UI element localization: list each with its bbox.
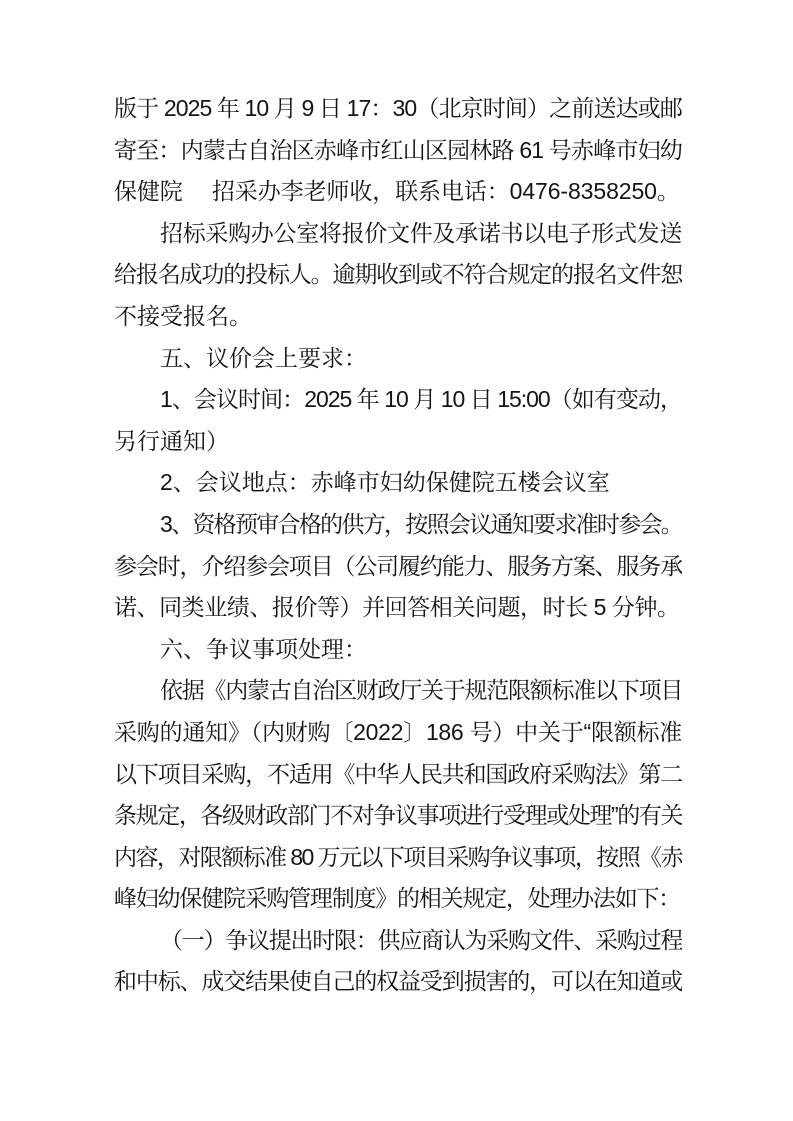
text-line: 五、议价会上要求：	[114, 338, 682, 380]
text-line: 2、会议地点：赤峰市妇幼保健院五楼会议室	[114, 462, 682, 504]
text-line: 寄至：内蒙古自治区赤峰市红山区园林路 61 号赤峰市妇幼	[114, 130, 682, 172]
paragraph-quote-file-sending-rule: 招标采购办公室将报价文件及承诺书以电子形式发送给报名成功的投标人。逾期收到或不符…	[114, 213, 682, 338]
paragraph-meeting-time: 1、会议时间：2025 年 10 月 10 日 15:00（如有变动，另行通知）	[114, 379, 682, 462]
text-line: 采购的通知》（内财购〔2022〕186 号）中关于“限额标准	[114, 712, 682, 754]
document-page: 版于 2025 年 10 月 9 日 17：30（北京时间）之前送达或邮寄至：内…	[0, 0, 793, 1121]
paragraph-meeting-attendance-rule: 3、资格预审合格的供方，按照会议通知要求准时参会。参会时，介绍参会项目（公司履约…	[114, 504, 682, 629]
text-line: 招标采购办公室将报价文件及承诺书以电子形式发送	[114, 213, 682, 255]
text-line: 诺、同类业绩、报价等）并回答相关问题，时长 5 分钟。	[114, 587, 682, 629]
text-line: 版于 2025 年 10 月 9 日 17：30（北京时间）之前送达或邮	[114, 88, 682, 130]
text-line: 1、会议时间：2025 年 10 月 10 日 15:00（如有变动，	[114, 379, 682, 421]
paragraph-meeting-place: 2、会议地点：赤峰市妇幼保健院五楼会议室	[114, 462, 682, 504]
text-line: 保健院 招采办李老师收，联系电话：0476-8358250。	[114, 171, 682, 213]
text-line: 峰妇幼保健院采购管理制度》的相关规定，处理办法如下：	[114, 878, 682, 920]
text-line: 六、争议事项处理：	[114, 629, 682, 671]
text-line: 依据《内蒙古自治区财政厅关于规范限额标准以下项目	[114, 670, 682, 712]
text-line: 给报名成功的投标人。逾期收到或不符合规定的报名文件恕	[114, 254, 682, 296]
text-line: 和中标、成交结果使自己的权益受到损害的，可以在知道或	[114, 961, 682, 1003]
document-body: 版于 2025 年 10 月 9 日 17：30（北京时间）之前送达或邮寄至：内…	[114, 88, 682, 1003]
text-line: 内容，对限额标准 80 万元以下项目采购争议事项，按照《赤	[114, 837, 682, 879]
text-line: 不接受报名。	[114, 296, 682, 338]
text-line: 以下项目采购，不适用《中华人民共和国政府采购法》第二	[114, 754, 682, 796]
paragraph-section-5-heading: 五、议价会上要求：	[114, 338, 682, 380]
paragraph-section-6-heading: 六、争议事项处理：	[114, 629, 682, 671]
text-line: （一）争议提出时限：供应商认为采购文件、采购过程	[114, 920, 682, 962]
paragraph-dispute-time-limit: （一）争议提出时限：供应商认为采购文件、采购过程和中标、成交结果使自己的权益受到…	[114, 920, 682, 1003]
text-line: 参会时，介绍参会项目（公司履约能力、服务方案、服务承	[114, 546, 682, 588]
paragraph-delivery-deadline-address: 版于 2025 年 10 月 9 日 17：30（北京时间）之前送达或邮寄至：内…	[114, 88, 682, 213]
text-line: 另行通知）	[114, 421, 682, 463]
paragraph-dispute-basis: 依据《内蒙古自治区财政厅关于规范限额标准以下项目采购的通知》（内财购〔2022〕…	[114, 670, 682, 920]
text-line: 条规定，各级财政部门不对争议事项进行受理或处理”的有关	[114, 795, 682, 837]
text-line: 3、资格预审合格的供方，按照会议通知要求准时参会。	[114, 504, 682, 546]
